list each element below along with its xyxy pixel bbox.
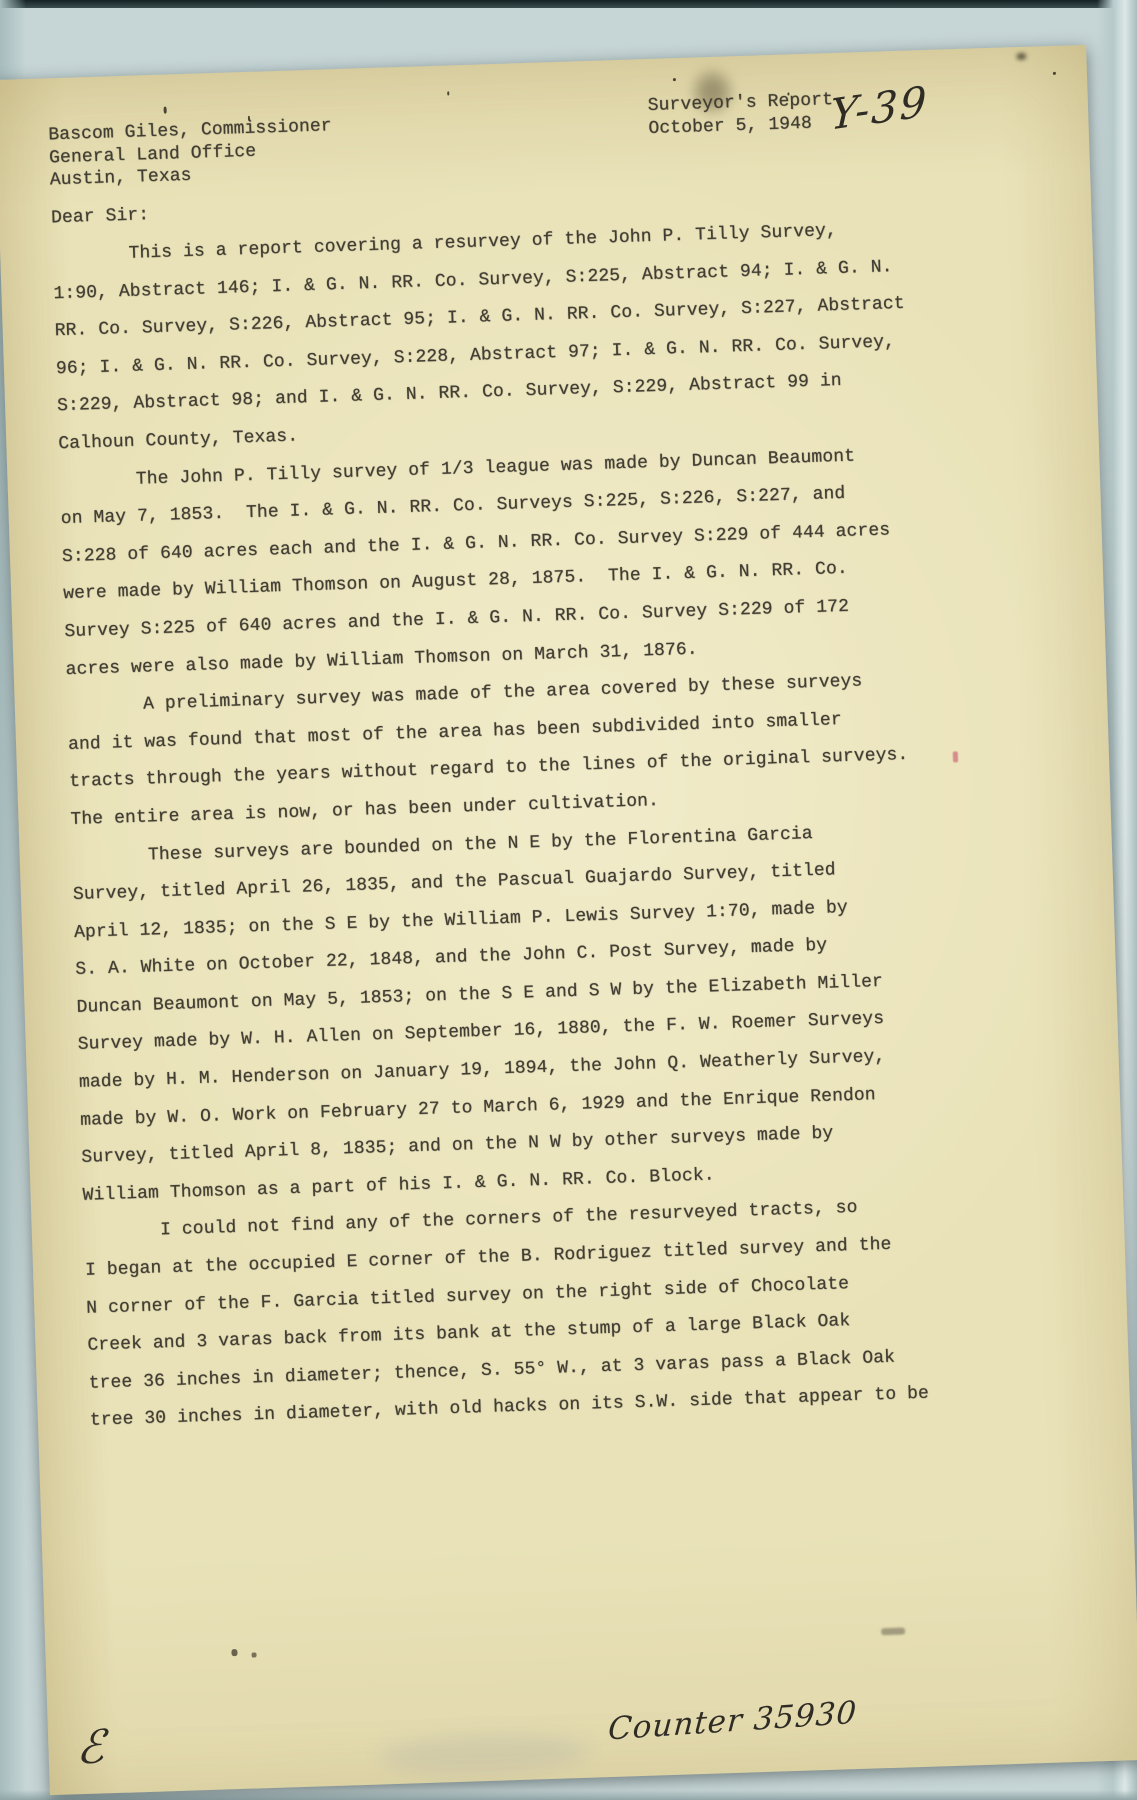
letter-body: This is a report covering a resurvey of … bbox=[52, 206, 1102, 1441]
letter-paragraph: I could not find any of the corners of t… bbox=[83, 1183, 1102, 1441]
scanner-mat-top-edge bbox=[0, 0, 1137, 8]
scanner-mat-bottom-edge bbox=[0, 1790, 1137, 1800]
scanned-letter-screenshot: { "letter": { "recipient": "Bascom Giles… bbox=[0, 0, 1137, 1800]
letter-header: Bascom Giles, Commissioner General Land … bbox=[48, 92, 1062, 192]
letter-paragraph: The John P. Tilly survey of 1/3 league w… bbox=[59, 431, 1078, 689]
check-mark-speck bbox=[231, 1649, 237, 1656]
check-mark-speck bbox=[251, 1652, 256, 1657]
corner-stain bbox=[1016, 53, 1026, 60]
letter-paragraph: These surveys are bounded on the N E by … bbox=[71, 807, 1095, 1215]
report-heading: Surveyor's Report October 5, 1948 bbox=[647, 89, 834, 140]
letter-paragraph: This is a report covering a resurvey of … bbox=[52, 206, 1071, 464]
ink-bleed-through bbox=[378, 1730, 589, 1779]
paper-speck bbox=[164, 107, 167, 114]
pencil-scratch bbox=[881, 1627, 905, 1635]
letter-content: Bascom Giles, Commissioner General Land … bbox=[48, 92, 1102, 1441]
paper-speck bbox=[447, 91, 449, 95]
document-page: Bascom Giles, Commissioner General Land … bbox=[0, 45, 1137, 1795]
paper-speck bbox=[673, 78, 676, 81]
paper-speck bbox=[1053, 72, 1056, 75]
handwritten-corner-mark: ℰ bbox=[75, 1719, 105, 1774]
handwritten-counter-number: Counter 35930 bbox=[607, 1695, 858, 1748]
